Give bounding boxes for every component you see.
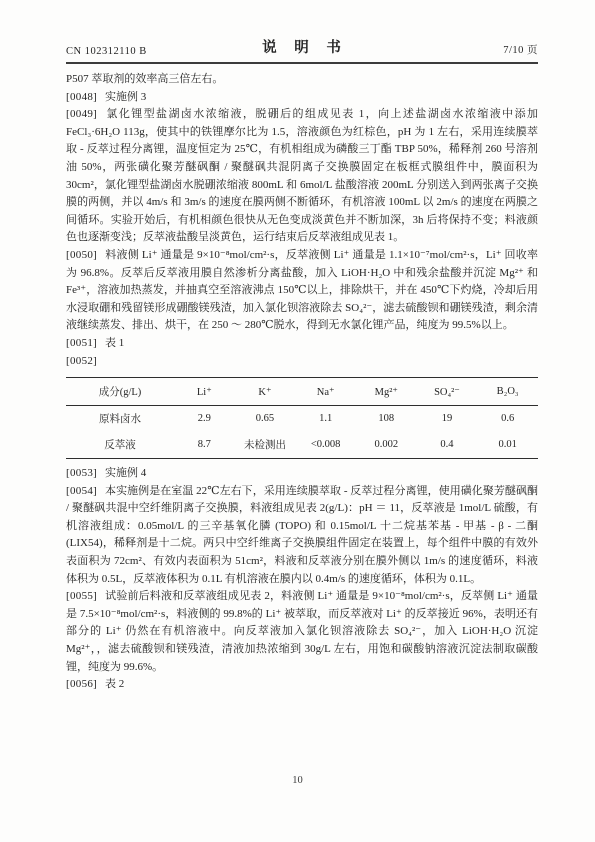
table-cell: 0.65 — [235, 406, 296, 433]
paragraph-0055: [0055]试验前后料液和反萃液组成见表 2，料液侧 Li⁺ 通量是 9×10⁻… — [66, 588, 538, 676]
table-cell: 0.01 — [477, 432, 538, 459]
table-header-cell: SO₄²⁻ — [417, 378, 478, 406]
paragraph-number: [0050] — [66, 247, 105, 265]
paragraph-0048: [0048]实施例 3 — [66, 89, 538, 107]
paragraph-text: 实施例 3 — [105, 91, 146, 103]
table-cell: 0.6 — [477, 406, 538, 433]
table-header-cell: B₂O₃ — [477, 378, 538, 406]
page-title: 说 明 书 — [262, 36, 348, 57]
paragraph-text: 实施例 4 — [105, 467, 146, 479]
paragraph-number: [0048] — [66, 89, 105, 107]
paragraph-number: [0049] — [66, 106, 105, 124]
paragraph-0050: [0050]料液侧 Li⁺ 通量是 9×10⁻⁸mol/cm²·s，反萃液侧 L… — [66, 247, 538, 335]
document-number: CN 102312110 B — [66, 46, 259, 57]
paragraph-number: [0055] — [66, 588, 105, 606]
paragraph-0051: [0051]表 1 — [66, 335, 538, 353]
paragraph-intro: P507 萃取剂的效率高三倍左右。 — [66, 71, 538, 89]
table-1-composition: 成分(g/L) Li⁺ K⁺ Na⁺ Mg²⁺ SO₄²⁻ B₂O₃ 原料卤水 … — [66, 377, 538, 459]
table-header-cell: Li⁺ — [174, 378, 235, 406]
table-cell: 19 — [417, 406, 478, 433]
table-1-body: 原料卤水 2.9 0.65 1.1 108 19 0.6 反萃液 8.7 未检测… — [66, 406, 538, 459]
table-cell: 108 — [356, 406, 417, 433]
page-header: CN 102312110 B 说 明 书 7/10 页 — [66, 36, 538, 64]
table-header-cell: 成分(g/L) — [66, 378, 174, 406]
paragraph-0049: [0049]氯化锂型盐湖卤水浓缩液，脱硼后的组成见表 1，向上述盐湖卤水浓缩液中… — [66, 106, 538, 247]
paragraph-number: [0053] — [66, 465, 105, 483]
table-row: 原料卤水 2.9 0.65 1.1 108 19 0.6 — [66, 406, 538, 433]
table-cell: 1.1 — [295, 406, 356, 433]
table-cell: <0.008 — [295, 432, 356, 459]
paragraph-text: 料液侧 Li⁺ 通量是 9×10⁻⁸mol/cm²·s，反萃液侧 Li⁺ 通量是… — [66, 249, 538, 331]
patent-description-page: CN 102312110 B 说 明 书 7/10 页 P507 萃取剂的效率高… — [0, 0, 595, 842]
page-number: 10 — [0, 775, 595, 786]
table-row: 成分(g/L) Li⁺ K⁺ Na⁺ Mg²⁺ SO₄²⁻ B₂O₃ — [66, 378, 538, 406]
table-header-cell: Mg²⁺ — [356, 378, 417, 406]
paragraph-text: 氯化锂型盐湖卤水浓缩液，脱硼后的组成见表 1，向上述盐湖卤水浓缩液中添加 FeC… — [66, 108, 538, 243]
table-1-header: 成分(g/L) Li⁺ K⁺ Na⁺ Mg²⁺ SO₄²⁻ B₂O₃ — [66, 378, 538, 406]
table-row: 反萃液 8.7 未检测出 <0.008 0.002 0.4 0.01 — [66, 432, 538, 459]
paragraph-number: [0052] — [66, 353, 105, 371]
page-indicator: 7/10 页 — [345, 42, 538, 57]
paragraph-text: 本实施例是在室温 22℃左右下，采用连续膜萃取 - 反萃过程分离锂，使用磺化聚芳… — [66, 485, 538, 585]
paragraph-text: 试验前后料液和反萃液组成见表 2，料液侧 Li⁺ 通量是 9×10⁻⁸mol/c… — [66, 590, 538, 672]
table-cell: 2.9 — [174, 406, 235, 433]
row-label: 反萃液 — [66, 432, 174, 459]
paragraph-0056: [0056]表 2 — [66, 676, 538, 694]
paragraph-number: [0054] — [66, 483, 105, 501]
table-header-cell: Na⁺ — [295, 378, 356, 406]
row-label: 原料卤水 — [66, 406, 174, 433]
table-cell: 0.4 — [417, 432, 478, 459]
table-cell: 0.002 — [356, 432, 417, 459]
paragraph-text: 表 1 — [105, 337, 124, 349]
paragraph-text: 表 2 — [105, 678, 124, 690]
paragraph-0053: [0053]实施例 4 — [66, 465, 538, 483]
table-cell: 未检测出 — [235, 432, 296, 459]
paragraph-0054: [0054]本实施例是在室温 22℃左右下，采用连续膜萃取 - 反萃过程分离锂，… — [66, 483, 538, 589]
table-cell: 8.7 — [174, 432, 235, 459]
table-header-cell: K⁺ — [235, 378, 296, 406]
paragraph-number: [0056] — [66, 676, 105, 694]
paragraph-0052: [0052] — [66, 353, 538, 371]
paragraph-number: [0051] — [66, 335, 105, 353]
body-text: P507 萃取剂的效率高三倍左右。 [0048]实施例 3 [0049]氯化锂型… — [66, 64, 538, 694]
